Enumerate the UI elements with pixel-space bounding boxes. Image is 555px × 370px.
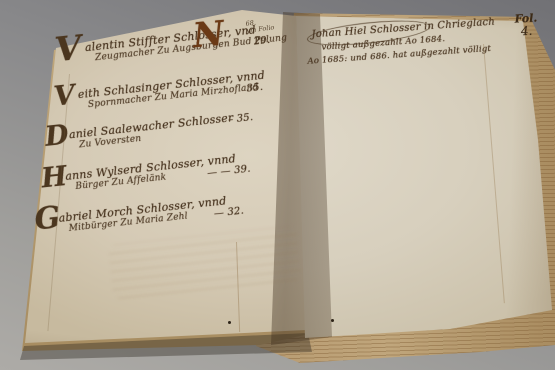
folio-label: Fol. bbox=[514, 12, 537, 24]
manuscript-entry: H anns Wylserd Schlosser, vnnd Bürger Zu… bbox=[43, 151, 249, 196]
entry-number: 29. bbox=[253, 35, 271, 48]
manuscript-entry: V alentin Stiffter Schlosser, vnd Zeugma… bbox=[62, 22, 268, 67]
ink-dot bbox=[331, 319, 334, 322]
entry-number: 35. bbox=[246, 82, 264, 95]
manuscript-entry: V eith Schlasinger Schlosser, vnnd Sporn… bbox=[55, 69, 261, 114]
ink-mark-N: N bbox=[192, 17, 226, 54]
entry-number: — 32. bbox=[213, 206, 244, 220]
entry-initial: V bbox=[53, 31, 83, 68]
photo-open-manuscript-book: V alentin Stiffter Schlosser, vnd Zeugma… bbox=[0, 0, 555, 370]
folio-number: Fol. 4. bbox=[514, 12, 538, 37]
ink-dot bbox=[228, 321, 231, 324]
entry-initial: V bbox=[53, 82, 77, 111]
entry-initial: H bbox=[40, 163, 68, 193]
manuscript-entry: D aniel Saalewacher Schlosser Zu Voverst… bbox=[46, 109, 252, 154]
entry-initial: D bbox=[44, 122, 70, 151]
folio-digit: 4. bbox=[515, 24, 538, 37]
